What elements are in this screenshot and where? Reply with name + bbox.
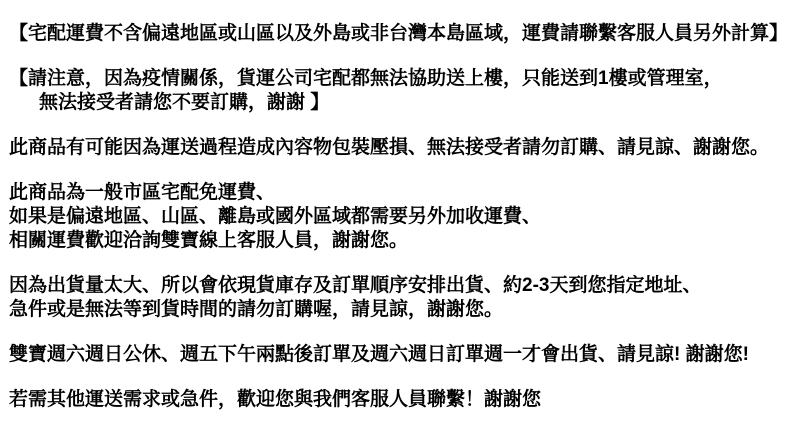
notice-line: 相關運費歡迎洽詢雙寶線上客服人員，謝謝您。 xyxy=(9,229,796,253)
notice-paragraph-packaging: 此商品有可能因為運送過程造成內容物包裝壓損、無法接受者請勿訂購、請見諒、謝謝您。 xyxy=(9,136,796,160)
notice-paragraph-shipping-time: 因為出貨量太大、所以會依現貨庫存及訂單順序安排出貨、約2-3天到您指定地址、 急… xyxy=(9,274,796,322)
notice-paragraph-weekend: 雙寶週六週日公休、週五下午兩點後訂單及週六週日訂單週一才會出貨、請見諒! 謝謝您… xyxy=(9,343,796,367)
shipping-notice: 【宅配運費不含偏遠地區或山區以及外島或非台灣本島區域，運費請聯繫客服人員另外計算… xyxy=(0,0,800,412)
notice-paragraph-delivery-fee: 【宅配運費不含偏遠地區或山區以及外島或非台灣本島區域，運費請聯繫客服人員另外計算… xyxy=(9,22,796,46)
notice-line: 【請注意，因為疫情關係，貨運公司宅配都無法協助送上樓，只能送到1樓或管理室， xyxy=(9,67,796,91)
notice-line: 此商品為一般市區宅配免運費、 xyxy=(9,181,796,205)
notice-paragraph-contact: 若需其他運送需求或急件，歡迎您與我們客服人員聯繫！謝謝您 xyxy=(9,388,796,412)
notice-line: 【宅配運費不含偏遠地區或山區以及外島或非台灣本島區域，運費請聯繫客服人員另外計算… xyxy=(9,22,796,46)
notice-line: 此商品有可能因為運送過程造成內容物包裝壓損、無法接受者請勿訂購、請見諒、謝謝您。 xyxy=(9,136,796,160)
notice-paragraph-free-shipping: 此商品為一般市區宅配免運費、 如果是偏遠地區、山區、離島或國外區域都需要另外加收… xyxy=(9,181,796,253)
notice-paragraph-covid: 【請注意，因為疫情關係，貨運公司宅配都無法協助送上樓，只能送到1樓或管理室， 無… xyxy=(9,67,796,115)
notice-line: 雙寶週六週日公休、週五下午兩點後訂單及週六週日訂單週一才會出貨、請見諒! 謝謝您… xyxy=(9,343,796,367)
notice-line: 若需其他運送需求或急件，歡迎您與我們客服人員聯繫！謝謝您 xyxy=(9,388,796,412)
notice-line: 因為出貨量太大、所以會依現貨庫存及訂單順序安排出貨、約2-3天到您指定地址、 xyxy=(9,274,796,298)
notice-line: 急件或是無法等到貨時間的請勿訂購喔，請見諒，謝謝您。 xyxy=(9,298,796,322)
notice-line: 無法接受者請您不要訂購，謝謝 】 xyxy=(9,91,796,115)
notice-line: 如果是偏遠地區、山區、離島或國外區域都需要另外加收運費、 xyxy=(9,205,796,229)
